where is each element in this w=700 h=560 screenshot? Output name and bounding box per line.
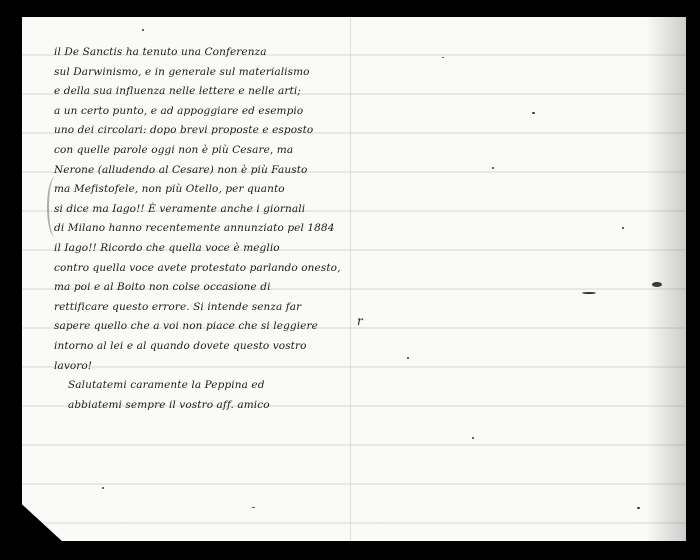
- closing-line: Salutatemi caramente la Peppina ed: [54, 376, 364, 396]
- letter-line: rettificare questo errore. Si intende se…: [54, 298, 364, 318]
- letter-line: lavoro!: [54, 357, 364, 377]
- scan-frame: il De Sanctis ha tenuto una Conferenza s…: [0, 0, 700, 560]
- letter-line: ma poi e al Boito non colse occasione di: [54, 278, 364, 298]
- letter-body: il De Sanctis ha tenuto una Conferenza s…: [54, 43, 364, 415]
- letter-line: Nerone (alludendo al Cesare) non è più F…: [54, 161, 364, 181]
- letter-line: con quelle parole oggi non è più Cesare,…: [54, 141, 364, 161]
- letter-line: intorno al lei e al quando dovete questo…: [54, 337, 364, 357]
- letter-line: ma Mefistofele, non più Otello, per quan…: [54, 180, 364, 200]
- letter-line: il De Sanctis ha tenuto una Conferenza: [54, 43, 364, 63]
- letter-line: a un certo punto, e ad appoggiare ed ese…: [54, 102, 364, 122]
- letter-paper: il De Sanctis ha tenuto una Conferenza s…: [22, 17, 686, 541]
- letter-line: uno dei circolari: dopo brevi proposte e…: [54, 121, 364, 141]
- letter-line: si dice ma Iago!! È veramente anche i gi…: [54, 200, 364, 220]
- closing-line: abbiatemi sempre il vostro aff. amico: [54, 396, 364, 416]
- letter-line: sapere quello che a voi non piace che si…: [54, 317, 364, 337]
- letter-line: e della sua influenza nelle lettere e ne…: [54, 82, 364, 102]
- stray-ink-mark: r: [357, 314, 363, 328]
- letter-line: sul Darwinismo, e in generale sul materi…: [54, 63, 364, 83]
- letter-line: contro quella voce avete protestato parl…: [54, 259, 364, 279]
- letter-line: di Milano hanno recentemente annunziato …: [54, 219, 364, 239]
- letter-line: il Iago!! Ricordo che quella voce è megl…: [54, 239, 364, 259]
